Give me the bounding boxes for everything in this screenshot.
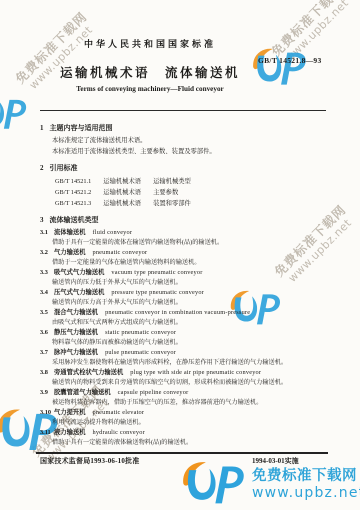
paragraph: 本标准规定了流体输送机用术语。 [52,136,330,147]
term-number: 3.11 [40,428,54,438]
term-chinese: 吸气式气力输送机 [54,268,104,278]
term-english: vacuum type pneumatic conveyor [111,268,202,278]
term-chinese: 胶囊管道气力输送机 [54,388,111,398]
term-chinese: 气力输送机 [54,248,85,258]
term-number: 3.7 [40,348,54,358]
term-english: pulse pneumatic conveyor [105,348,176,358]
section-number: 3 [40,216,44,224]
term-number: 3.10 [40,408,54,418]
term-number: 3.9 [40,388,54,398]
term-definition: 借助于具有一定能量的流体在输送管内输送物料(品)的输送机。 [52,238,330,248]
document-title: 运输机械术语 流体输送机 [30,63,270,81]
term-entry: 3.8旁通管式栓状气力输送机plug type with side air pi… [40,368,330,388]
term-english: capsule pipeline conveyor [118,388,189,398]
term-definition: 输送管内的压力低于外界大气压的气力输送机。 [52,278,330,288]
term-chinese: 气力提升机 [54,408,85,418]
diagonal-watermark: 免费标准下载网 www.upbz.net [13,10,99,96]
term-entry: 3.1流体输送机fluid conveyor 借助于具有一定能量的流体在输送管内… [40,228,330,248]
term-chinese: 旁通管式栓状气力输送机 [54,368,123,378]
term-chinese: 液力输送机 [54,428,85,438]
term-english: plug type with side air pipe pneumatic c… [130,368,261,378]
scanned-standard-page: 免费标准下载网 www.upbz.net 免费标准下载网 www.upbz.ne… [0,0,360,510]
term-english: pneumatic conveyor in combination vacuum… [105,308,250,318]
term-english: pneumatic elevator [92,408,144,418]
term-entry: 3.11液力输送机hydraulic conveyor 借助于具有一定能量的液体… [40,428,330,448]
reference-code: GB/T 14521.3 [55,200,91,207]
term-definition: 利用气流运动提升物料的输送机。 [52,418,330,428]
reference-item: GB/T 14521.3运输机械术语装置和零部件 [55,198,330,209]
footer-divider [36,452,328,454]
term-number: 3.6 [40,328,54,338]
term-definition: 由吸气式和压气式两种方式组成的气力输送机。 [52,318,330,328]
term-entry: 3.2气力输送机pneumatic conveyor 借助于一定能量的气体在输送… [40,248,330,268]
term-chinese: 混合气力输送机 [54,308,98,318]
reference-name: 运输机械术语 [103,178,141,185]
term-definition: 输送管内的压力高于外界大气压的气力输送机。 [52,298,330,308]
term-definition: 采用脉冲发生器使物料在输送管内形成料栓，在静压差作用下进行输送的气力输送机。 [52,358,330,368]
approval-authority-date: 国家技术监督局1993-06-10批准 [40,456,139,466]
term-number: 3.5 [40,308,54,318]
reference-subtitle: 运输机械类型 [153,178,191,185]
reference-code: GB/T 14521.1 [55,178,91,185]
section-title: 主题内容与适用范围 [50,124,113,132]
term-english: pneumatic conveyor [92,248,147,258]
reference-item: GB/T 14521.2运输机械术语主要参数 [55,187,330,198]
section-3-heading: 3流体输送机类型 [40,215,330,225]
term-english: static pneumatic conveyor [105,328,176,338]
paragraph: 本标准适用于流体输送机类型、主要参数、装置及零部件。 [52,147,330,158]
reference-item: GB/T 14521.1运输机械术语运输机械类型 [55,176,330,187]
term-number: 3.4 [40,288,54,298]
section-number: 2 [40,164,44,172]
term-definition: 被运物料装在容器内，借助于压缩空气的压差，推动容器前进的气力输送机。 [52,398,330,408]
term-entry: 3.7脉冲气力输送机pulse pneumatic conveyor 采用脉冲发… [40,348,330,368]
reference-subtitle: 装置和零部件 [153,200,191,207]
term-definition: 输送管内的物料受到来自旁通管的压缩空气的切割，形成料栓而被输送的气力输送机。 [52,378,330,388]
term-entry: 3.4压气式气力输送机pressure type pneumatic conve… [40,288,330,308]
reference-code: GB/T 14521.2 [55,189,91,196]
up-logo-icon [0,92,30,132]
term-definition: 借助于具有一定能量的液体输送物料(品)的输送机。 [52,438,330,448]
term-definition: 物料靠气体的静压而被推动输送的气力输送机。 [52,338,330,348]
term-chinese: 静压气力输送机 [54,328,98,338]
term-entry: 3.5混合气力输送机pneumatic conveyor in combinat… [40,308,330,328]
term-english: hydraulic conveyor [92,428,144,438]
document-body: 1主题内容与适用范围 本标准规定了流体输送机用术语。 本标准适用于流体输送机类型… [40,123,330,448]
brand-site-url: www.upbz.net [252,485,360,501]
section-number: 1 [40,124,44,132]
section-title: 流体输送机类型 [50,216,99,224]
reference-subtitle: 主要参数 [153,189,178,196]
brand-text: 免费标准下载网 www.upbz.net [252,464,360,501]
site-brand-watermark: 免费标准下载网 www.upbz.net [176,457,360,507]
term-number: 3.1 [40,228,54,238]
up-logo-icon [176,457,250,507]
term-chinese: 压气式气力输送机 [54,288,104,298]
reference-name: 运输机械术语 [103,189,141,196]
section-title: 引用标准 [50,164,78,172]
term-definition: 借助于一定能量的气体在输送管内输送物料的输送机。 [52,258,330,268]
section-2-heading: 2引用标准 [40,163,330,173]
term-chinese: 脉冲气力输送机 [54,348,98,358]
term-number: 3.8 [40,368,54,378]
header-divider [40,110,326,111]
section-1-heading: 1主题内容与适用范围 [40,123,330,133]
document-title-english: Terms of conveying machinery—Fluid conve… [30,85,270,93]
reference-name: 运输机械术语 [103,200,141,207]
term-entry: 3.6静压气力输送机static pneumatic conveyor 物料靠气… [40,328,330,348]
term-english: fluid conveyor [92,228,132,238]
brand-site-name: 免费标准下载网 [252,464,360,485]
term-entry: 3.9胶囊管道气力输送机capsule pipeline conveyor 被运… [40,388,330,408]
term-number: 3.3 [40,268,54,278]
term-entry: 3.3吸气式气力输送机vacuum type pneumatic conveyo… [40,268,330,288]
term-chinese: 流体输送机 [54,228,85,238]
term-english: pressure type pneumatic conveyor [111,288,204,298]
term-entry: 3.10气力提升机pneumatic elevator 利用气流运动提升物料的输… [40,408,330,428]
standard-type-label: 中华人民共和国国家标准 [30,37,270,50]
term-number: 3.2 [40,248,54,258]
